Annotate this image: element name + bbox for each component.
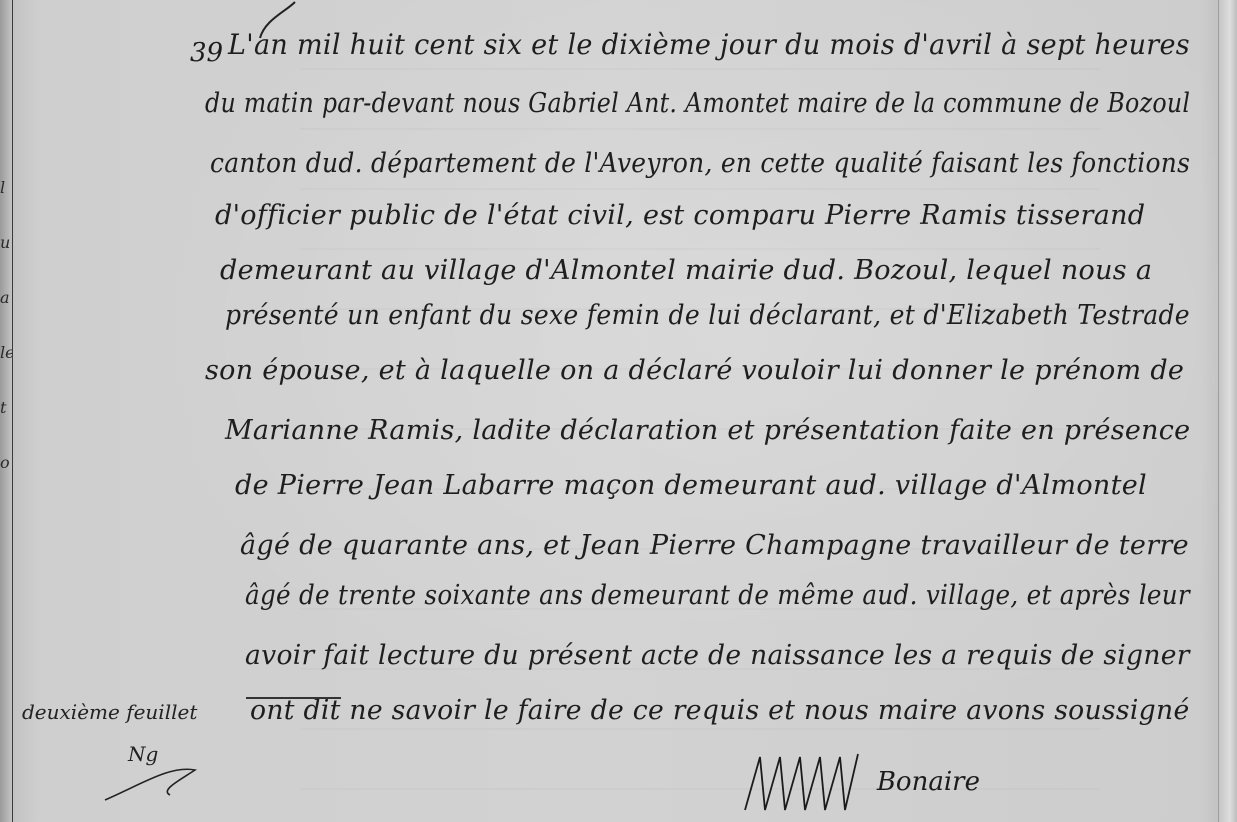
margin-note: deuxième feuillet xyxy=(22,700,197,724)
text-line-2: du matin par-devant nous Gabriel Ant. Am… xyxy=(205,88,1190,119)
mayor-signature: Bonaire xyxy=(740,752,980,812)
text-line-6: présenté un enfant du sexe femin de lui … xyxy=(225,300,1190,331)
text-line-13: ont dit ne savoir le faire de ce requis … xyxy=(250,695,1190,726)
left-fragment: u xyxy=(0,215,12,270)
avoir-underline xyxy=(246,697,341,699)
record-number: 39 xyxy=(190,38,223,68)
text-line-8: Marianne Ramis, ladite déclaration et pr… xyxy=(225,415,1190,446)
text-line-5: demeurant au village d'Almontel mairie d… xyxy=(220,255,1152,286)
left-fragment: t xyxy=(0,380,12,435)
left-fragment: o xyxy=(0,435,12,490)
paraph-icon xyxy=(100,755,200,805)
text-line-10: âgé de quarante ans, et Jean Pierre Cham… xyxy=(240,530,1189,561)
text-line-9: de Pierre Jean Labarre maçon demeurant a… xyxy=(235,470,1147,501)
left-page-fragments: l u a le t o xyxy=(0,160,14,490)
text-line-1: L'an mil huit cent six et le dixième jou… xyxy=(228,28,1190,61)
text-line-4: d'officier public de l'état civil, est c… xyxy=(215,200,1145,231)
text-line-11: âgé de trente soixante ans demeurant de … xyxy=(245,580,1190,611)
text-line-7: son épouse, et à laquelle on a déclaré v… xyxy=(205,355,1184,386)
signature-name: Bonaire xyxy=(877,767,980,797)
signature-scribble-icon xyxy=(740,752,860,812)
left-fragment: a xyxy=(0,270,12,325)
register-page: l u a le t o 39 L'an mil huit cent six e… xyxy=(0,0,1237,822)
left-fragment: l xyxy=(0,160,12,215)
text-line-12: avoir fait lecture du présent acte de na… xyxy=(245,640,1190,671)
page-right-edge xyxy=(1218,0,1237,822)
text-line-3: canton dud. département de l'Aveyron, en… xyxy=(210,148,1190,179)
left-fragment: le xyxy=(0,325,12,380)
bleed-through-texture xyxy=(300,10,1100,790)
